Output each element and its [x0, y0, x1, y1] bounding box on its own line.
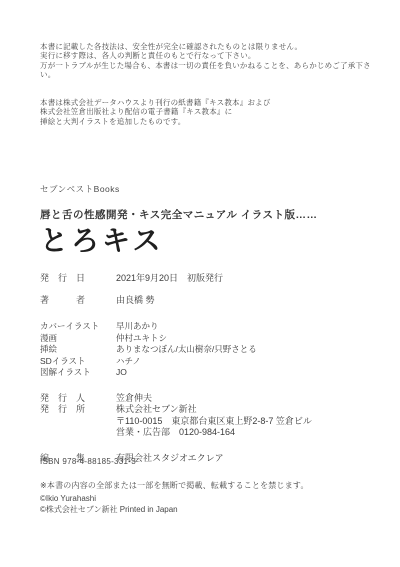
- credit-row: 挿絵 ありまなつぼん/太山樹奈/只野さとる: [40, 344, 372, 356]
- copyright-publisher: ©株式会社セブン新社 Printed in Japan: [40, 505, 178, 516]
- credit-row: カバーイラスト 早川あかり: [40, 321, 372, 333]
- disclaimer-paragraph-1: 本書に記載した各技法は、安全性が完全に確認されたものとは限りません。 実行に移す…: [40, 42, 372, 79]
- colophon-page: 本書に記載した各技法は、安全性が完全に確認されたものとは限りません。 実行に移す…: [0, 0, 400, 567]
- publication-row: 発 行 日 2021年9月20日 初版発行: [40, 273, 372, 284]
- publisher-address-row: 〒110-0015 東京都台東区東上野2-8-7 笠倉ビル: [40, 416, 372, 428]
- disclaimer-line: 株式会社笠倉出版社より配信の電子書籍『キス教本』に: [40, 107, 372, 116]
- row-label: 発 行 人: [40, 393, 116, 405]
- row-label: 図解イラスト: [40, 367, 116, 379]
- disclaimer-line: 挿絵と大判イラストを追加したものです。: [40, 117, 372, 126]
- row-label: 発 行 所: [40, 404, 116, 416]
- row-label: 著 者: [40, 295, 116, 306]
- book-subtitle: 唇と舌の性感開発・キス完全マニュアル イラスト版……: [40, 207, 372, 222]
- publisher-contact: 営業・広告部 0120-984-164: [116, 427, 372, 439]
- row-value: 由良橋 勢: [116, 295, 372, 306]
- credit-row: SDイラスト ハチノ: [40, 356, 372, 368]
- credit-row: 図解イラスト JO: [40, 367, 372, 379]
- row-value: 2021年9月20日 初版発行: [116, 273, 372, 284]
- credits-list: カバーイラスト 早川あかり 漫画 仲村ユキトシ 挿絵 ありまなつぼん/太山樹奈/…: [40, 321, 372, 379]
- row-value: ありまなつぼん/太山樹奈/只野さとる: [116, 344, 372, 356]
- row-value: 仲村ユキトシ: [116, 333, 372, 345]
- reproduction-notice: ※本書の内容の全部または一部を無断で掲載、転載することを禁じます。: [40, 480, 309, 491]
- row-value: ハチノ: [116, 356, 372, 368]
- disclaimer-line: 万が一トラブルが生じた場合も、本書は一切の責任を負いかねることを、あらかじめご了…: [40, 61, 372, 80]
- row-value: 株式会社セブン新社: [116, 404, 372, 416]
- row-label: 発 行 日: [40, 273, 116, 284]
- row-value: 早川あかり: [116, 321, 372, 333]
- row-label: 挿絵: [40, 344, 116, 356]
- book-title: とろキス: [40, 226, 372, 256]
- copyright-block: ©Ikio Yurahashi ©株式会社セブン新社 Printed in Ja…: [40, 494, 178, 515]
- row-label: SDイラスト: [40, 356, 116, 368]
- row-value: 笠倉伸夫: [116, 393, 372, 405]
- publisher-office-row: 発 行 所 株式会社セブン新社: [40, 404, 372, 416]
- disclaimer-line: 本書に記載した各技法は、安全性が完全に確認されたものとは限りません。: [40, 42, 372, 51]
- disclaimer-line: 実行に移す際は、各人の判断と責任のもとで行なって下さい。: [40, 51, 372, 60]
- publisher-person-row: 発 行 人 笠倉伸夫: [40, 393, 372, 405]
- row-label: カバーイラスト: [40, 321, 116, 333]
- publication-info: 発 行 日 2021年9月20日 初版発行 著 者 由良橋 勢: [40, 273, 372, 306]
- copyright-author: ©Ikio Yurahashi: [40, 494, 178, 505]
- row-label: 漫画: [40, 333, 116, 345]
- row-label: [40, 416, 116, 428]
- credit-row: 漫画 仲村ユキトシ: [40, 333, 372, 345]
- row-label: [40, 427, 116, 439]
- isbn-text: ISBN 978-4-88185-331-3: [40, 457, 136, 466]
- publisher-address: 〒110-0015 東京都台東区東上野2-8-7 笠倉ビル: [116, 416, 372, 428]
- publication-row: 著 者 由良橋 勢: [40, 295, 372, 306]
- row-value: JO: [116, 367, 372, 379]
- publisher-contact-row: 営業・広告部 0120-984-164: [40, 427, 372, 439]
- publisher-block: 発 行 人 笠倉伸夫 発 行 所 株式会社セブン新社 〒110-0015 東京都…: [40, 393, 372, 465]
- row-value: 有限会社スタジオエクレア: [116, 453, 372, 465]
- series-label: セブンベストBooks: [40, 183, 372, 195]
- disclaimer-paragraph-2: 本書は株式会社データハウスより刊行の紙書籍『キス教本』および 株式会社笠倉出版社…: [40, 98, 372, 126]
